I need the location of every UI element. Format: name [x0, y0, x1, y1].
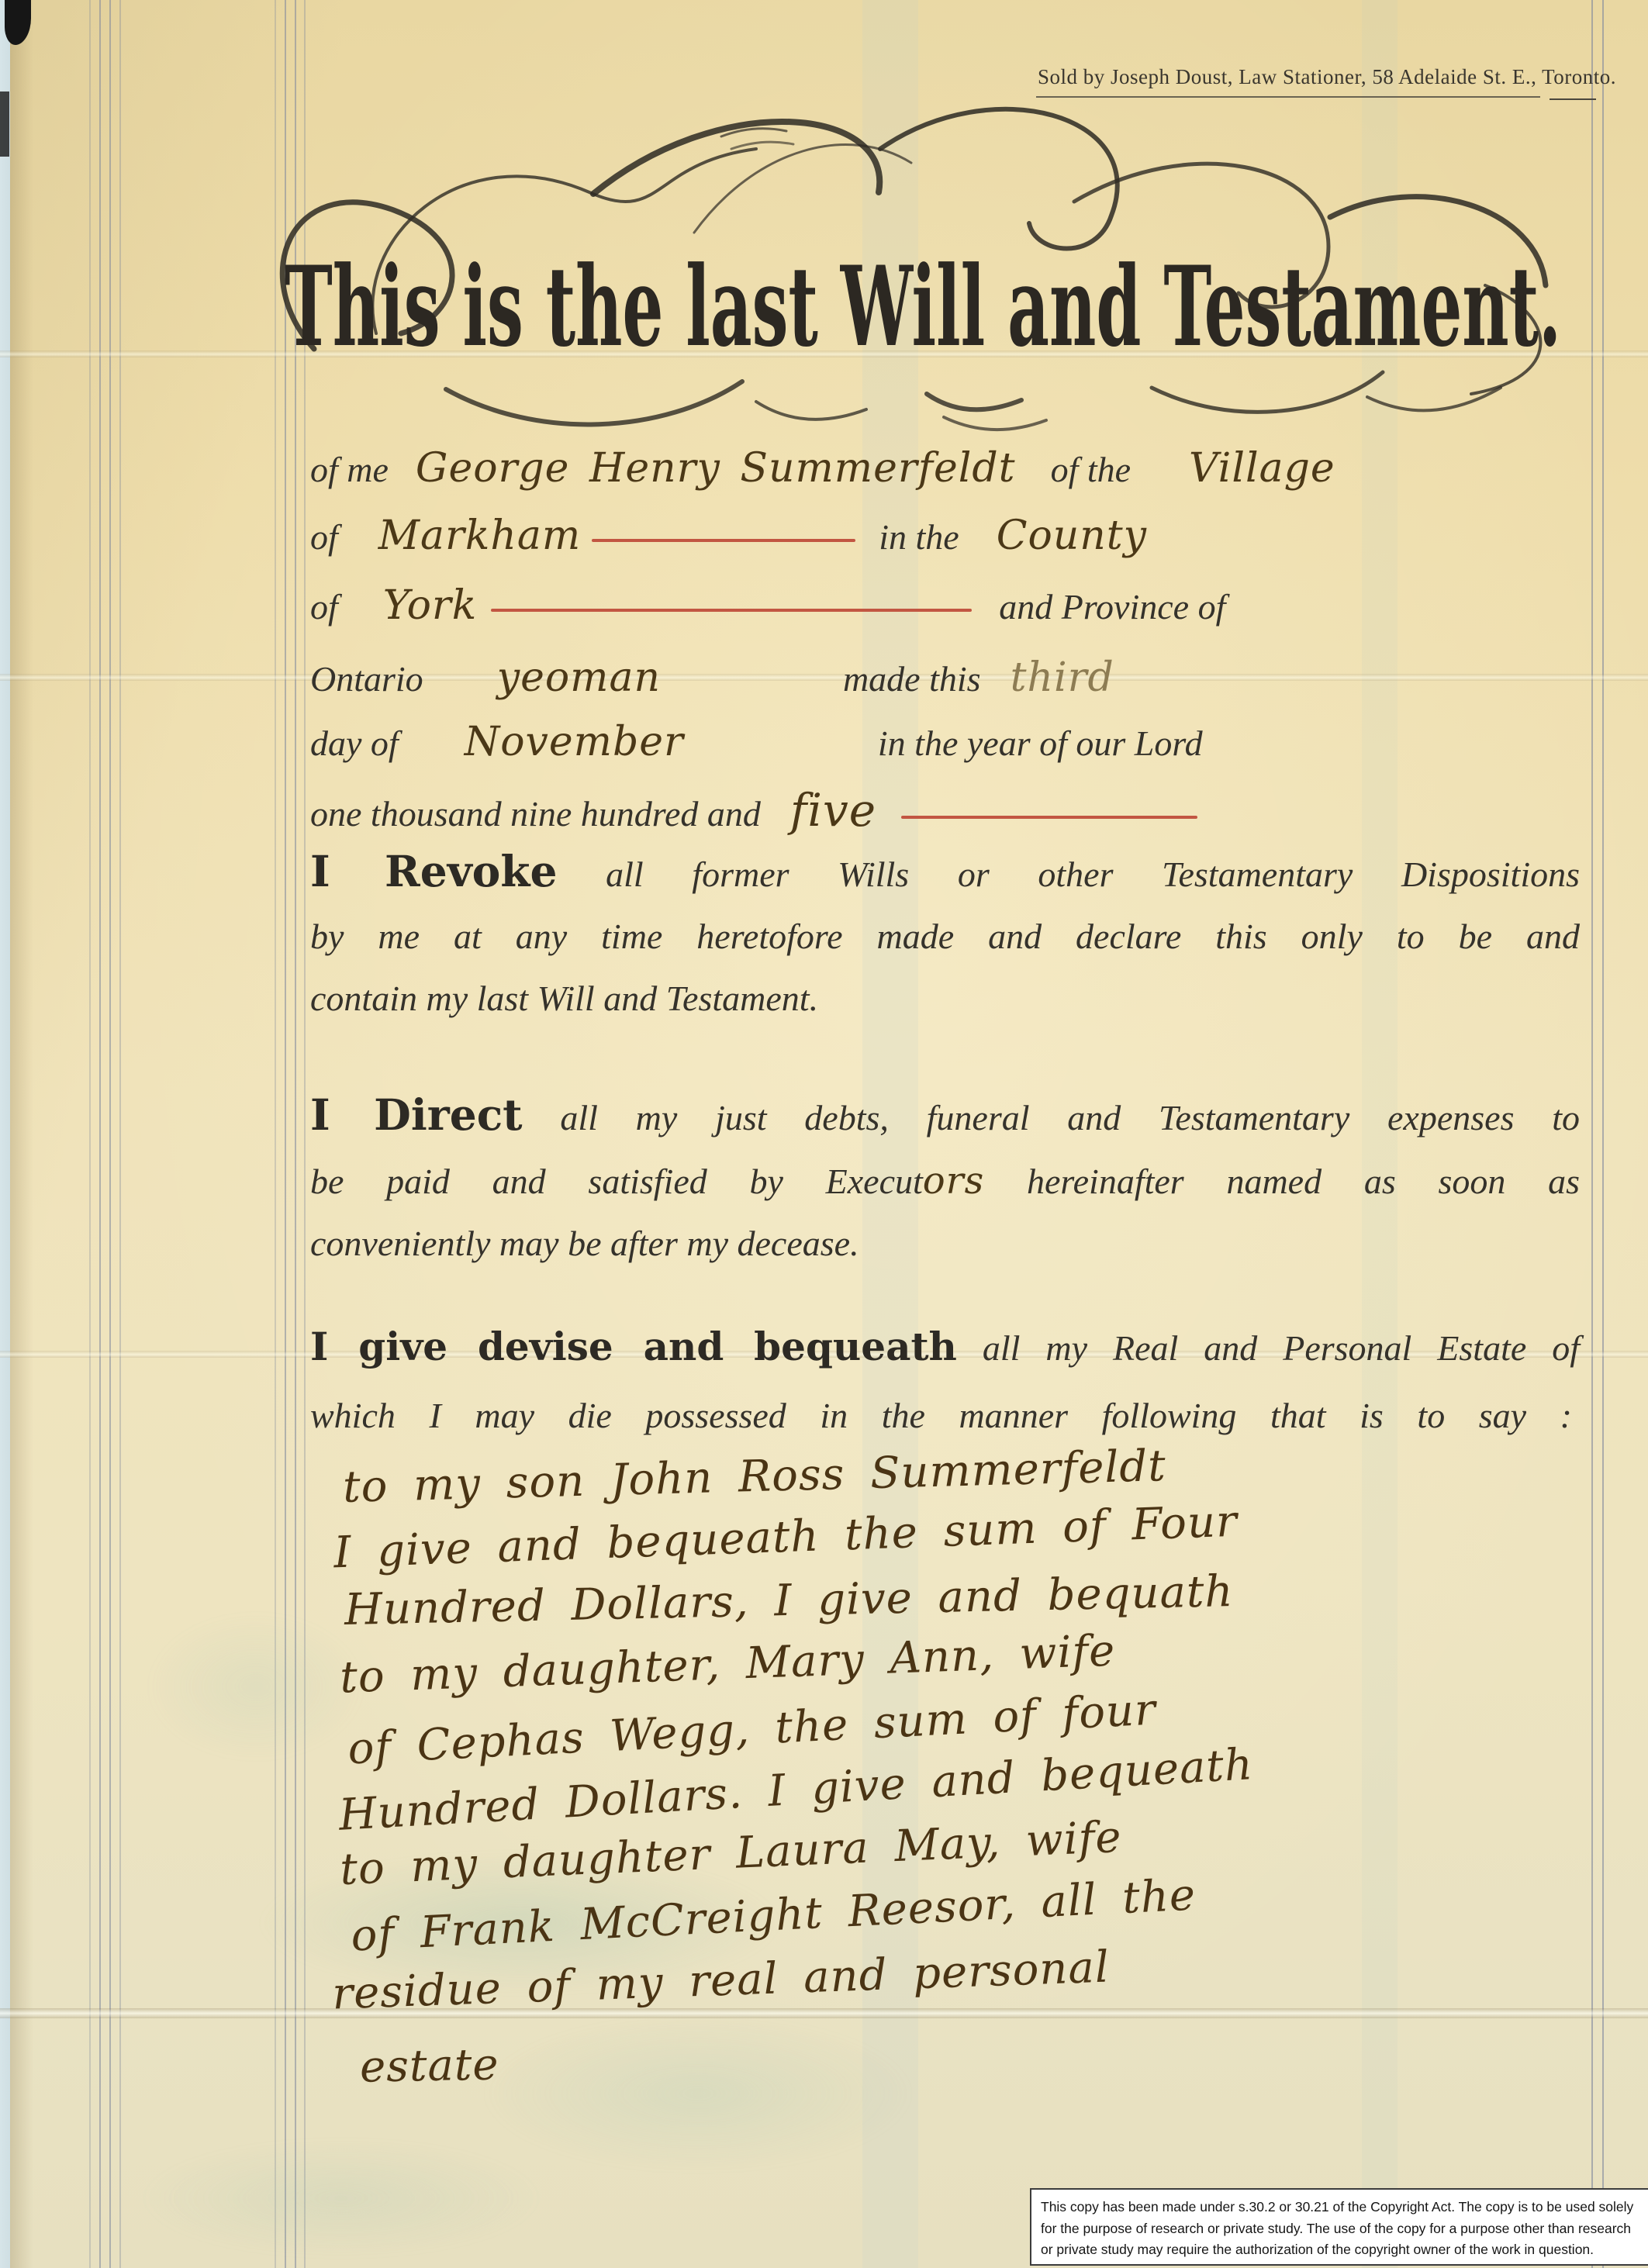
stationer-underline [1550, 98, 1596, 100]
print-segment: all former Wills or other Testamentary D… [606, 854, 1580, 894]
print-segment: made this [843, 659, 981, 699]
form-line-7: I Revoke all former Wills or other Testa… [310, 847, 1580, 896]
form-line-12: conveniently may be after my decease. [310, 1224, 859, 1265]
handwritten-executors-suffix: ors [923, 1159, 984, 1203]
handwriting-line-3: Hundred Dollars, I give and bequath [344, 1566, 1234, 1635]
handwritten-segment: County [997, 513, 1147, 559]
stationer-underline [1036, 96, 1540, 98]
print-segment: be paid and satisfied by Execut [310, 1162, 923, 1201]
form-line-10: I Direct all my just debts, funeral and … [310, 1090, 1580, 1139]
form-line-1: of meGeorge Henry Summerfeldtof theVilla… [310, 446, 1335, 492]
form-line-14: which I may die possessed in the manner … [310, 1396, 1572, 1437]
direct-heading: I Direct [310, 1089, 523, 1140]
red-fill-rule [491, 609, 972, 612]
print-segment: Ontario [310, 659, 423, 699]
handwritten-month: November [465, 719, 684, 765]
handwriting-line-1: to my son John Ross Summerfeldt [342, 1441, 1166, 1513]
copyright-line-2: for the purpose of research or private s… [1041, 2218, 1639, 2240]
copyright-line-3: or private study may require the authori… [1041, 2239, 1639, 2261]
handwritten-occupation: yeoman [497, 654, 661, 701]
copyright-line-1: This copy has been made under s.30.2 or … [1041, 2197, 1639, 2218]
handwritten-day: third [1011, 654, 1114, 701]
handwritten-testator-name: George Henry Summerfeldt [416, 445, 1016, 492]
print-segment: and Province of [999, 587, 1225, 627]
margin-line [89, 0, 91, 2268]
handwritten-year: five [790, 784, 876, 837]
bequeath-heading: I give devise and bequeath [310, 1324, 957, 1369]
print-segment: day of [310, 723, 399, 763]
form-line-2: ofMarkhamin theCounty [310, 513, 1147, 560]
print-segment: one thousand nine hundred and [310, 794, 761, 834]
handwritten-county: York [383, 582, 477, 629]
margin-line [99, 0, 101, 2268]
paper-left-edge-shadow [10, 0, 33, 2268]
form-line-11: be paid and satisfied by Executors herei… [310, 1160, 1580, 1203]
margin-line [119, 0, 121, 2268]
scan-edge-mark [0, 91, 9, 157]
red-fill-rule [901, 816, 1197, 819]
form-line-5: day ofNovemberin the year of our Lord [310, 720, 1203, 766]
will-document-scan: Sold by Joseph Doust, Law Stationer, 58 … [0, 0, 1648, 2268]
print-segment: of the [1051, 450, 1131, 489]
handwritten-place: Markham [378, 513, 581, 559]
handwritten-segment: Village [1189, 445, 1335, 492]
form-line-13: I give devise and bequeath all my Real a… [310, 1324, 1580, 1369]
print-segment: of [310, 517, 338, 557]
right-margin-line [1591, 0, 1593, 2268]
form-line-6: one thousand nine hundred andfive [310, 785, 1197, 837]
form-line-4: Ontarioyeomanmade thisthird [310, 655, 1114, 702]
right-margin-line [1602, 0, 1604, 2268]
ink-bleed-stain [140, 2140, 543, 2256]
title-text: This is the last Will and Testament. [285, 243, 1561, 371]
red-fill-rule [592, 539, 855, 542]
copyright-stamp: This copy has been made under s.30.2 or … [1030, 2188, 1648, 2266]
margin-line [109, 0, 111, 2268]
print-segment: in the year of our Lord [878, 723, 1203, 763]
stationer-imprint: Sold by Joseph Doust, Law Stationer, 58 … [1038, 65, 1616, 89]
revoke-heading: I Revoke [310, 846, 557, 896]
handwriting-line-10: estate [359, 2039, 499, 2092]
form-line-8: by me at any time heretofore made and de… [310, 917, 1580, 958]
print-segment: of [310, 587, 338, 627]
fold-crease [0, 2008, 1648, 2018]
print-segment: all my just debts, funeral and Testament… [560, 1098, 1580, 1137]
print-segment: in the [879, 517, 959, 557]
print-segment: hereinafter named as soon as [1027, 1162, 1580, 1201]
form-line-3: ofYorkand Province of [310, 583, 1225, 630]
form-line-9: contain my last Will and Testament. [310, 979, 818, 1020]
print-segment: all my Real and Personal Estate of [983, 1328, 1580, 1368]
ink-bleed-stain [481, 2016, 915, 2171]
title-flourish-engraving: This is the last Will and Testament. [260, 101, 1586, 442]
ink-bleed-stain [147, 1613, 364, 1760]
scanner-edge-strip [0, 0, 10, 2268]
print-segment: of me [310, 450, 389, 489]
